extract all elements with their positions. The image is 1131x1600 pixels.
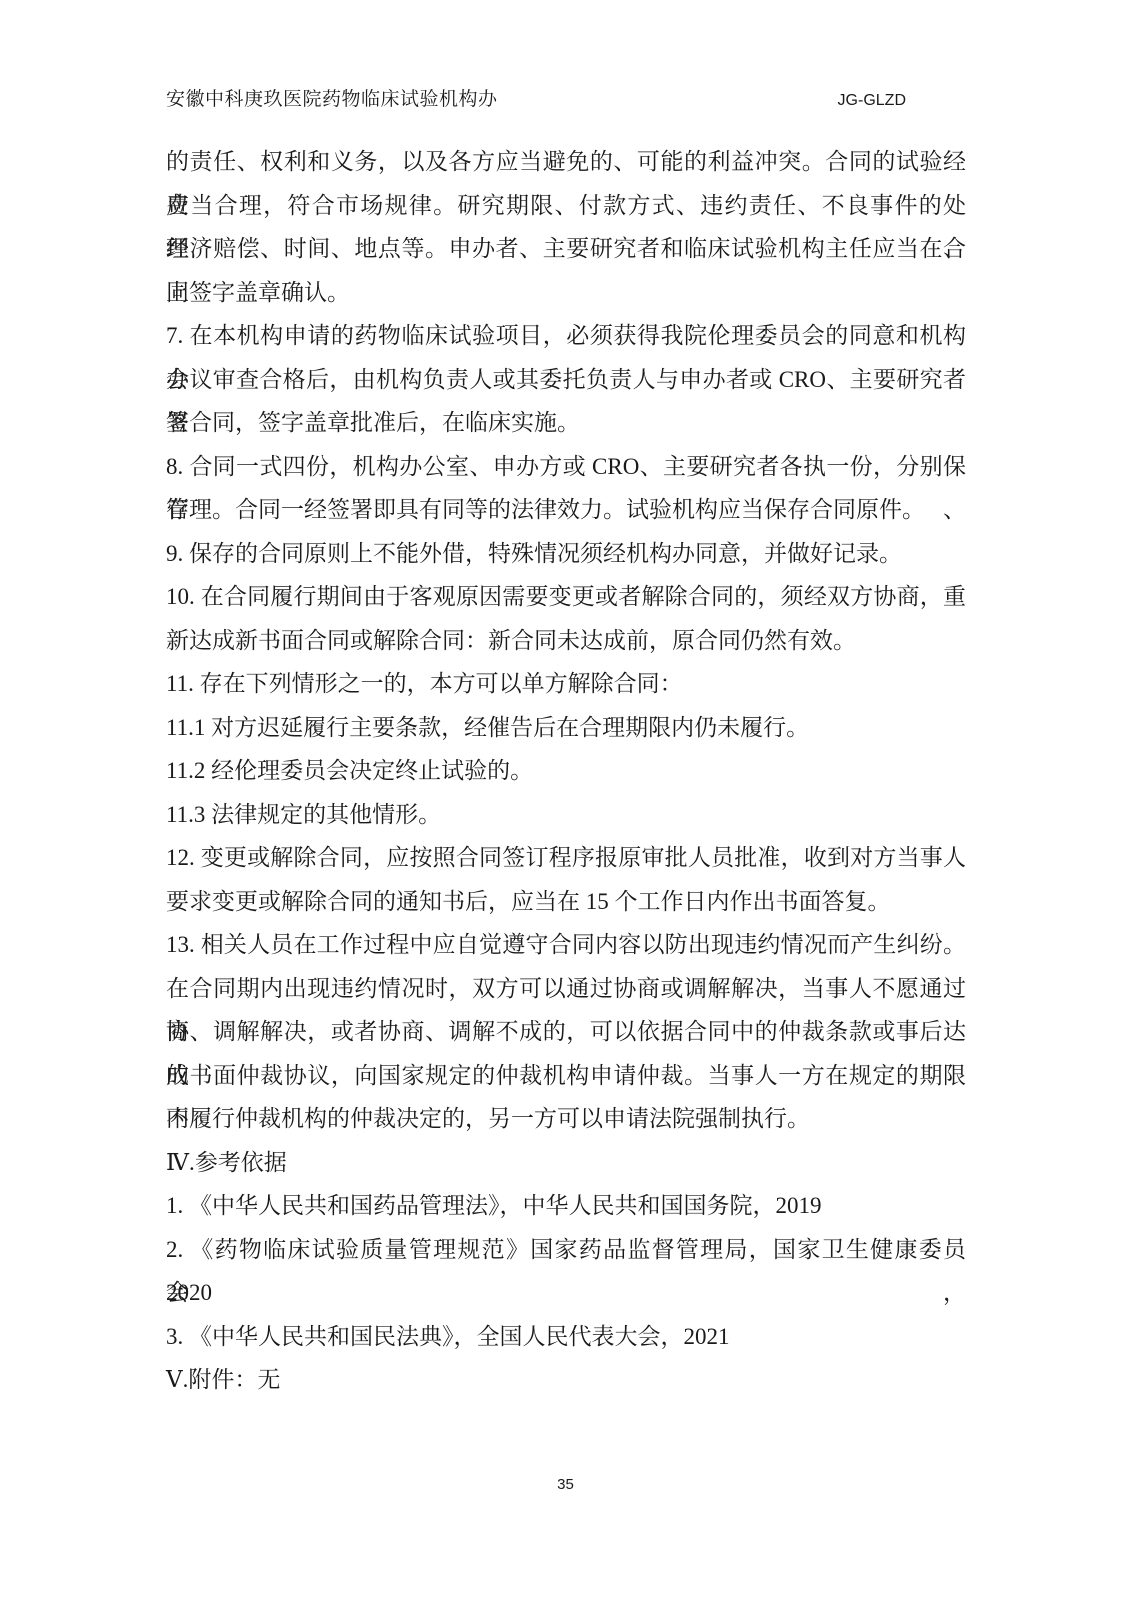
page-number: 35 (557, 1476, 574, 1493)
body-line: 管理。合同一经签署即具有同等的法律效力。试验机构应当保存合同原件。 (166, 488, 966, 532)
document-page: 安徽中科庚玖医院药物临床试验机构办 JG-GLZD 的责任、权利和义务，以及各方… (0, 0, 1131, 1600)
body-line: 11.2 经伦理委员会决定终止试验的。 (166, 749, 966, 793)
body-line: Ⅳ.参考依据 (166, 1141, 966, 1185)
page-footer: 35 (0, 1476, 1131, 1494)
body-line: 上签字盖章确认。 (166, 271, 966, 315)
document-body: 的责任、权利和义务，以及各方应当避免的、可能的利益冲突。合同的试验经费应当合理，… (166, 140, 966, 1402)
body-line: 会议审查合格后，由机构负责人或其委托负责人与申办者或 CRO、主要研究者签 (166, 358, 966, 402)
body-line: Ⅴ.附件：无 (166, 1358, 966, 1402)
body-line: 新达成新书面合同或解除合同：新合同未达成前，原合同仍然有效。 (166, 619, 966, 663)
body-line: 不履行仲裁机构的仲裁决定的，另一方可以申请法院强制执行。 (166, 1097, 966, 1141)
body-line: 应当合理，符合市场规律。研究期限、付款方式、违约责任、不良事件的处理、 (166, 184, 966, 228)
body-line: 署合同，签字盖章批准后，在临床实施。 (166, 401, 966, 445)
body-line: 1. 《中华人民共和国药品管理法》，中华人民共和国国务院，2019 (166, 1184, 966, 1228)
body-line: 的书面仲裁协议，向国家规定的仲裁机构申请仲裁。当事人一方在规定的期限内 (166, 1054, 966, 1098)
body-line: 11. 存在下列情形之一的，本方可以单方解除合同： (166, 662, 966, 706)
body-line: 商、调解解决，或者协商、调解不成的，可以依据合同中的仲裁条款或事后达成 (166, 1010, 966, 1054)
body-line: 2. 《药物临床试验质量管理规范》国家药品监督管理局，国家卫生健康委员会， (166, 1228, 966, 1272)
body-line: 7. 在本机构申请的药物临床试验项目，必须获得我院伦理委员会的同意和机构办 (166, 314, 966, 358)
body-line: 10. 在合同履行期间由于客观原因需要变更或者解除合同的，须经双方协商，重 (166, 575, 966, 619)
body-line: 9. 保存的合同原则上不能外借，特殊情况须经机构办同意，并做好记录。 (166, 532, 966, 576)
body-line: 13. 相关人员在工作过程中应自觉遵守合同内容以防出现违约情况而产生纠纷。 (166, 923, 966, 967)
body-line: 11.3 法律规定的其他情形。 (166, 793, 966, 837)
body-line: 在合同期内出现违约情况时，双方可以通过协商或调解解决，当事人不愿通过协 (166, 967, 966, 1011)
body-line: 的责任、权利和义务，以及各方应当避免的、可能的利益冲突。合同的试验经费 (166, 140, 966, 184)
header-institution-title: 安徽中科庚玖医院药物临床试验机构办 (166, 84, 498, 111)
body-line: 经济赔偿、时间、地点等。申办者、主要研究者和临床试验机构主任应当在合同 (166, 227, 966, 271)
body-line: 12. 变更或解除合同，应按照合同签订程序报原审批人员批准，收到对方当事人 (166, 836, 966, 880)
body-line: 要求变更或解除合同的通知书后，应当在 15 个工作日内作出书面答复。 (166, 880, 966, 924)
header-document-code: JG-GLZD (838, 92, 906, 110)
page-header: 安徽中科庚玖医院药物临床试验机构办 JG-GLZD (166, 84, 906, 111)
body-line: 3. 《中华人民共和国民法典》，全国人民代表大会，2021 (166, 1315, 966, 1359)
body-line: 11.1 对方迟延履行主要条款，经催告后在合理期限内仍未履行。 (166, 706, 966, 750)
body-line: 8. 合同一式四份，机构办公室、申办方或 CRO、主要研究者各执一份，分别保存、 (166, 445, 966, 489)
